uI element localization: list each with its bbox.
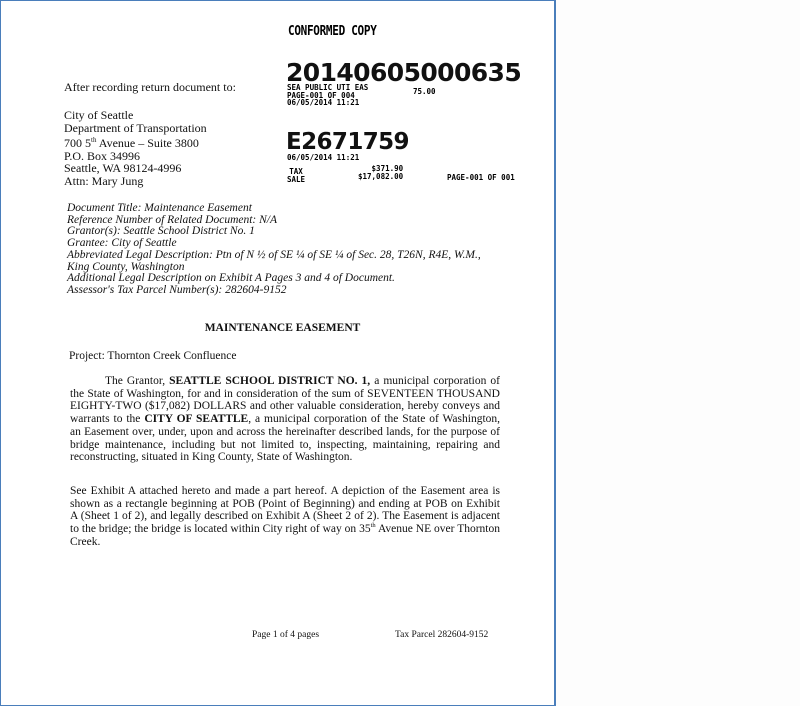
document-title-field: Document Title: Maintenance Easement [67,203,481,215]
grantor-name: SEATTLE SCHOOL DISTRICT NO. 1, [169,375,370,387]
return-to-label: After recording return document to: [64,80,236,95]
excise-labels: TAX SALE [287,168,305,184]
sale-amount: $17,082.00 [358,173,403,181]
document-metadata: Document Title: Maintenance Easement Ref… [67,203,481,297]
excise-datetime: 06/05/2014 11:21 [287,153,359,162]
recording-datetime: 06/05/2014 11:21 [287,99,368,107]
address-line: Attn: Mary Jung [64,175,207,188]
address-line: Department of Transportation [64,122,207,135]
sale-label: SALE [287,176,305,184]
footer-tax-parcel: Tax Parcel 282604-9152 [395,630,488,640]
exhibit-paragraph: See Exhibit A attached hereto and made a… [70,485,500,549]
page-number: Page 1 of 4 pages [252,630,319,640]
recording-info: SEA PUBLIC UTI EAS PAGE-001 OF 004 06/05… [287,84,368,107]
document-heading: MAINTENANCE EASEMENT [1,322,564,334]
grant-paragraph: The Grantor, SEATTLE SCHOOL DISTRICT NO.… [70,375,500,464]
recording-fee: 75.00 [413,87,436,96]
project-line: Project: Thornton Creek Confluence [69,350,236,362]
address-line: 700 5th Avenue – Suite 3800 [64,134,207,150]
excise-values: $371.90 $17,082.00 [358,165,403,181]
excise-number: E2671759 [286,131,409,153]
address-line: City of Seattle [64,109,207,122]
grantee-name: CITY OF SEATTLE [144,413,248,425]
excise-page: PAGE-001 OF 001 [447,173,515,182]
document-page: CONFORMED COPY 20140605000635 SEA PUBLIC… [0,0,556,706]
recording-number: 20140605000635 [286,61,521,85]
return-address: City of Seattle Department of Transporta… [64,109,207,188]
tax-parcel-field: Assessor's Tax Parcel Number(s): 282604-… [67,285,481,297]
legal-description-field: Abbreviated Legal Description: Ptn of N … [67,250,481,262]
conformed-copy-stamp: CONFORMED COPY [288,23,377,39]
